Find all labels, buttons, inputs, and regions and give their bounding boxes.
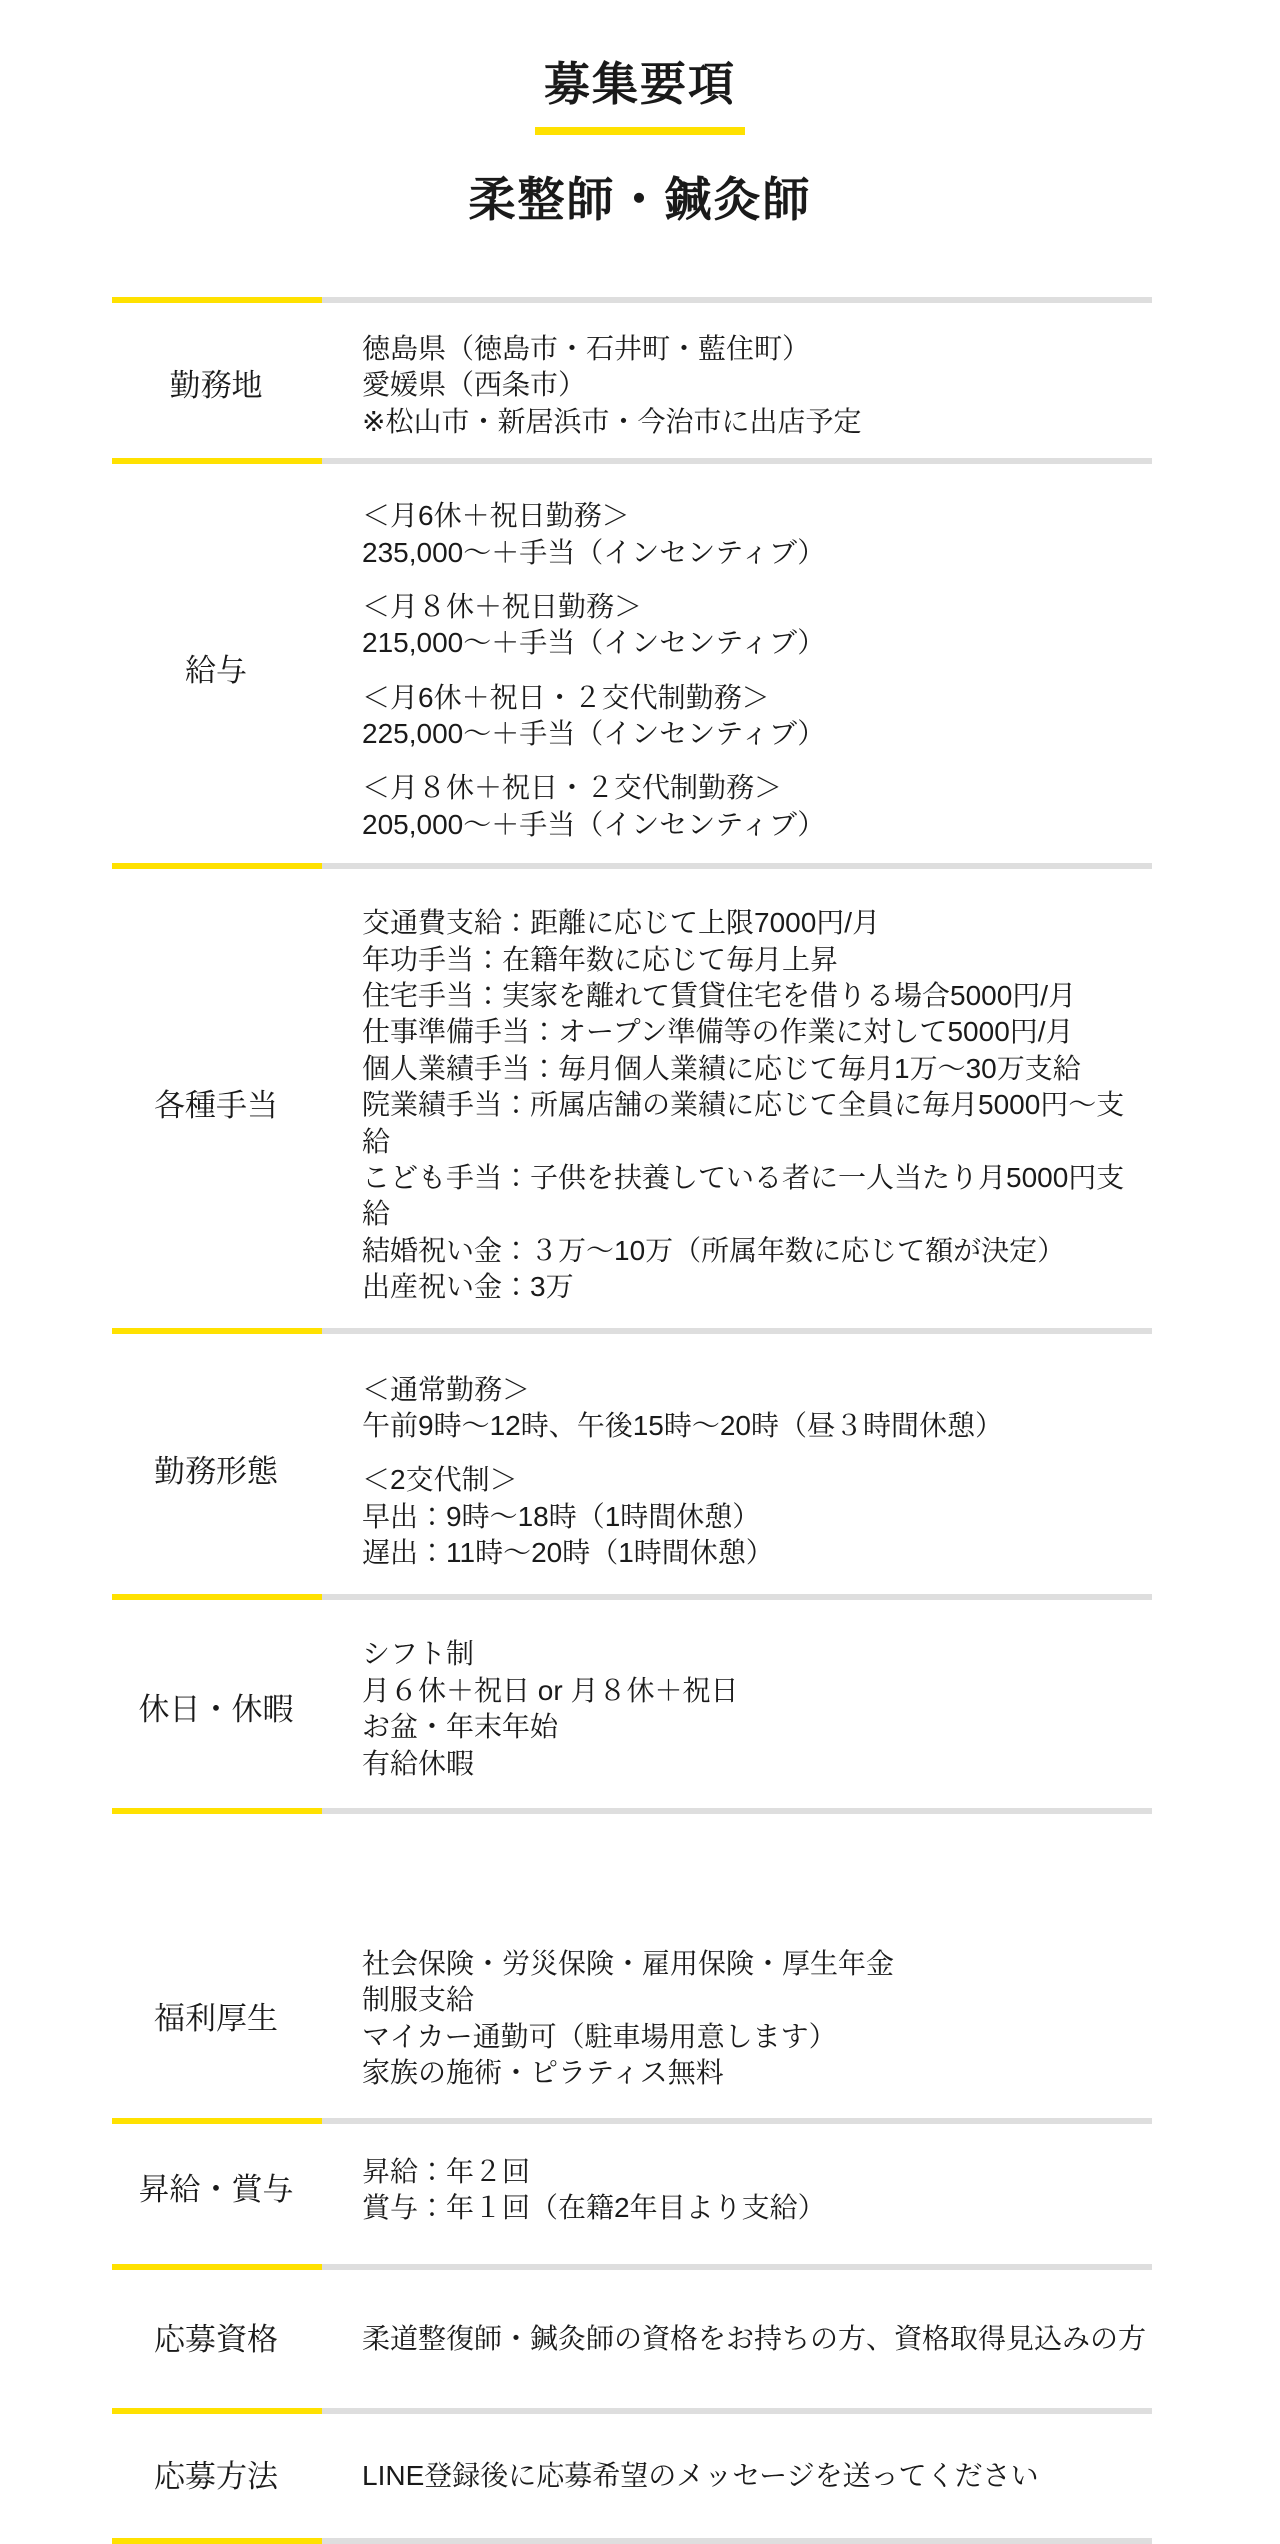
divider-accent-segment [112, 2408, 322, 2414]
section-content: 昇給：年２回賞与：年１回（在籍2年目より支給） [362, 2154, 1152, 2227]
divider-gray-segment [322, 2538, 1152, 2544]
content-line: 院業績手当：所属店舗の業績に応じて全員に毎月5000円〜支給 [362, 1087, 1152, 1160]
divider-accent-segment [112, 2264, 322, 2270]
divider-gray-segment [322, 458, 1152, 464]
divider-accent-segment [112, 2538, 322, 2544]
content-line: 205,000〜＋手当（インセンティブ） [362, 807, 1152, 843]
content-line: 有給休暇 [362, 1746, 1152, 1782]
content-line: こども手当：子供を扶養している者に一人当たり月5000円支給 [362, 1160, 1152, 1233]
content-line: ＜通常勤務＞ [362, 1372, 1152, 1408]
divider-accent-segment [112, 297, 322, 303]
section-divider [112, 297, 1152, 303]
content-paragraph: ＜月6休＋祝日勤務＞235,000〜＋手当（インセンティブ） [362, 498, 1152, 571]
content-line: 早出：9時〜18時（1時間休憩） [362, 1499, 1152, 1535]
section-content: 柔道整復師・鍼灸師の資格をお持ちの方、資格取得見込みの方 [362, 2321, 1152, 2357]
section-label: 勤務地 [112, 367, 320, 404]
content-line: 昇給：年２回 [362, 2154, 1152, 2190]
section-row: 休日・休暇 シフト制月６休＋祝日 or 月８休＋祝日お盆・年末年始有給休暇 [112, 1600, 1152, 1808]
section-content: LINE登録後に応募希望のメッセージを送ってください [362, 2458, 1152, 2494]
section-divider [112, 2118, 1152, 2124]
content-line: 徳島県（徳島市・石井町・藍住町） [362, 331, 1152, 367]
divider-accent-segment [112, 2118, 322, 2124]
page-title: 募集要項 [0, 58, 1280, 111]
content-line: 午前9時〜12時、午後15時〜20時（昼３時間休憩） [362, 1408, 1152, 1444]
content-paragraph: 昇給：年２回賞与：年１回（在籍2年目より支給） [362, 2154, 1152, 2227]
section-row: 応募方法 LINE登録後に応募希望のメッセージを送ってください [112, 2414, 1152, 2538]
section-divider [112, 1808, 1152, 1814]
section-divider [112, 1328, 1152, 1334]
content-line: 225,000〜＋手当（インセンティブ） [362, 716, 1152, 752]
content-line: ＜月6休＋祝日・２交代制勤務＞ [362, 680, 1152, 716]
divider-accent-segment [112, 1808, 322, 1814]
content-line: ＜月８休＋祝日勤務＞ [362, 589, 1152, 625]
content-line: 出産祝い金：3万 [362, 1269, 1152, 1305]
content-line: マイカー通勤可（駐車場用意します） [362, 2019, 1152, 2055]
divider-gray-segment [322, 2264, 1152, 2270]
content-line: 遅出：11時〜20時（1時間休憩） [362, 1535, 1152, 1571]
divider-accent-segment [112, 863, 322, 869]
content-paragraph: ＜2交代制＞早出：9時〜18時（1時間休憩）遅出：11時〜20時（1時間休憩） [362, 1462, 1152, 1571]
content-line: 年功手当：在籍年数に応じて毎月上昇 [362, 942, 1152, 978]
content-line: 賞与：年１回（在籍2年目より支給） [362, 2190, 1152, 2226]
section-divider [112, 2538, 1152, 2544]
content-line: 柔道整復師・鍼灸師の資格をお持ちの方、資格取得見込みの方 [362, 2321, 1152, 2357]
divider-gray-segment [322, 1808, 1152, 1814]
divider-accent-segment [112, 1328, 322, 1334]
content-paragraph: シフト制月６休＋祝日 or 月８休＋祝日お盆・年末年始有給休暇 [362, 1636, 1152, 1782]
section-row: 給与 ＜月6休＋祝日勤務＞235,000〜＋手当（インセンティブ）＜月８休＋祝日… [112, 464, 1152, 863]
section-divider [112, 2264, 1152, 2270]
content-paragraph: ＜月８休＋祝日勤務＞215,000〜＋手当（インセンティブ） [362, 589, 1152, 662]
section-label: 各種手当 [112, 1087, 320, 1124]
section-row: 福利厚生 社会保険・労災保険・雇用保険・厚生年金制服支給マイカー通勤可（駐車場用… [112, 1814, 1152, 2118]
content-line: お盆・年末年始 [362, 1709, 1152, 1745]
content-paragraph: 柔道整復師・鍼灸師の資格をお持ちの方、資格取得見込みの方 [362, 2321, 1152, 2357]
content-paragraph: LINE登録後に応募希望のメッセージを送ってください [362, 2458, 1152, 2494]
content-line: 住宅手当：実家を離れて賃貸住宅を借りる場合5000円/月 [362, 978, 1152, 1014]
section-row: 勤務地 徳島県（徳島市・石井町・藍住町）愛媛県（西条市）※松山市・新居浜市・今治… [112, 303, 1152, 458]
content-line: 社会保険・労災保険・雇用保険・厚生年金 [362, 1946, 1152, 1982]
content-paragraph: ＜月6休＋祝日・２交代制勤務＞225,000〜＋手当（インセンティブ） [362, 680, 1152, 753]
section-divider [112, 458, 1152, 464]
section-divider [112, 1594, 1152, 1600]
section-label: 休日・休暇 [112, 1691, 320, 1728]
content-line: LINE登録後に応募希望のメッセージを送ってください [362, 2458, 1152, 2494]
content-line: ※松山市・新居浜市・今治市に出店予定 [362, 404, 1152, 440]
section-content: 社会保険・労災保険・雇用保険・厚生年金制服支給マイカー通勤可（駐車場用意します）… [362, 1946, 1152, 2092]
title-underline-accent [535, 127, 745, 135]
recruitment-flyer: { "page": { "title": "募集要項", "subtitle":… [0, 0, 1280, 2544]
page-subtitle: 柔整師・鍼灸師 [0, 173, 1280, 227]
content-line: ＜2交代制＞ [362, 1462, 1152, 1498]
section-content: ＜通常勤務＞午前9時〜12時、午後15時〜20時（昼３時間休憩）＜2交代制＞早出… [362, 1372, 1152, 1572]
section-content: ＜月6休＋祝日勤務＞235,000〜＋手当（インセンティブ）＜月８休＋祝日勤務＞… [362, 498, 1152, 843]
section-content: シフト制月６休＋祝日 or 月８休＋祝日お盆・年末年始有給休暇 [362, 1636, 1152, 1782]
divider-gray-segment [322, 297, 1152, 303]
section-row: 各種手当 交通費支給：距離に応じて上限7000円/月年功手当：在籍年数に応じて毎… [112, 869, 1152, 1327]
divider-gray-segment [322, 2408, 1152, 2414]
section-label: 応募方法 [112, 2458, 320, 2495]
divider-gray-segment [322, 1594, 1152, 1600]
content-line: 愛媛県（西条市） [362, 367, 1152, 403]
content-paragraph: 社会保険・労災保険・雇用保険・厚生年金制服支給マイカー通勤可（駐車場用意します）… [362, 1946, 1152, 2092]
section-row: 応募資格 柔道整復師・鍼灸師の資格をお持ちの方、資格取得見込みの方 [112, 2270, 1152, 2408]
section-label: 昇給・賞与 [112, 2171, 320, 2208]
section-row: 昇給・賞与 昇給：年２回賞与：年１回（在籍2年目より支給） [112, 2124, 1152, 2265]
content-line: 制服支給 [362, 1982, 1152, 2018]
content-line: 家族の施術・ピラティス無料 [362, 2055, 1152, 2091]
section-divider [112, 2408, 1152, 2414]
content-line: 215,000〜＋手当（インセンティブ） [362, 625, 1152, 661]
section-label: 応募資格 [112, 2321, 320, 2358]
content-paragraph: ＜月８休＋祝日・２交代制勤務＞205,000〜＋手当（インセンティブ） [362, 770, 1152, 843]
section-label: 給与 [112, 652, 320, 689]
content-line: 235,000〜＋手当（インセンティブ） [362, 535, 1152, 571]
content-line: 月６休＋祝日 or 月８休＋祝日 [362, 1673, 1152, 1709]
page-header: 募集要項 柔整師・鍼灸師 [0, 0, 1280, 227]
section-content: 交通費支給：距離に応じて上限7000円/月年功手当：在籍年数に応じて毎月上昇住宅… [362, 905, 1152, 1305]
content-line: 交通費支給：距離に応じて上限7000円/月 [362, 905, 1152, 941]
divider-gray-segment [322, 863, 1152, 869]
content-line: ＜月6休＋祝日勤務＞ [362, 498, 1152, 534]
content-line: ＜月８休＋祝日・２交代制勤務＞ [362, 770, 1152, 806]
divider-accent-segment [112, 458, 322, 464]
divider-gray-segment [322, 2118, 1152, 2124]
section-content: 徳島県（徳島市・石井町・藍住町）愛媛県（西条市）※松山市・新居浜市・今治市に出店… [362, 331, 1152, 440]
content-line: 結婚祝い金：３万〜10万（所属年数に応じて額が決定） [362, 1233, 1152, 1269]
content-line: シフト制 [362, 1636, 1152, 1672]
section-label: 勤務形態 [112, 1453, 320, 1490]
divider-gray-segment [322, 1328, 1152, 1334]
section-label: 福利厚生 [112, 2000, 320, 2037]
content-paragraph: ＜通常勤務＞午前9時〜12時、午後15時〜20時（昼３時間休憩） [362, 1372, 1152, 1445]
content-paragraph: 徳島県（徳島市・石井町・藍住町）愛媛県（西条市）※松山市・新居浜市・今治市に出店… [362, 331, 1152, 440]
content-paragraph: 交通費支給：距離に応じて上限7000円/月年功手当：在籍年数に応じて毎月上昇住宅… [362, 905, 1152, 1305]
divider-accent-segment [112, 1594, 322, 1600]
content-line: 仕事準備手当：オープン準備等の作業に対して5000円/月 [362, 1014, 1152, 1050]
spec-table: 勤務地 徳島県（徳島市・石井町・藍住町）愛媛県（西条市）※松山市・新居浜市・今治… [112, 297, 1152, 2544]
section-row: 勤務形態 ＜通常勤務＞午前9時〜12時、午後15時〜20時（昼３時間休憩）＜2交… [112, 1334, 1152, 1595]
content-line: 個人業績手当：毎月個人業績に応じて毎月1万〜30万支給 [362, 1051, 1152, 1087]
section-divider [112, 863, 1152, 869]
